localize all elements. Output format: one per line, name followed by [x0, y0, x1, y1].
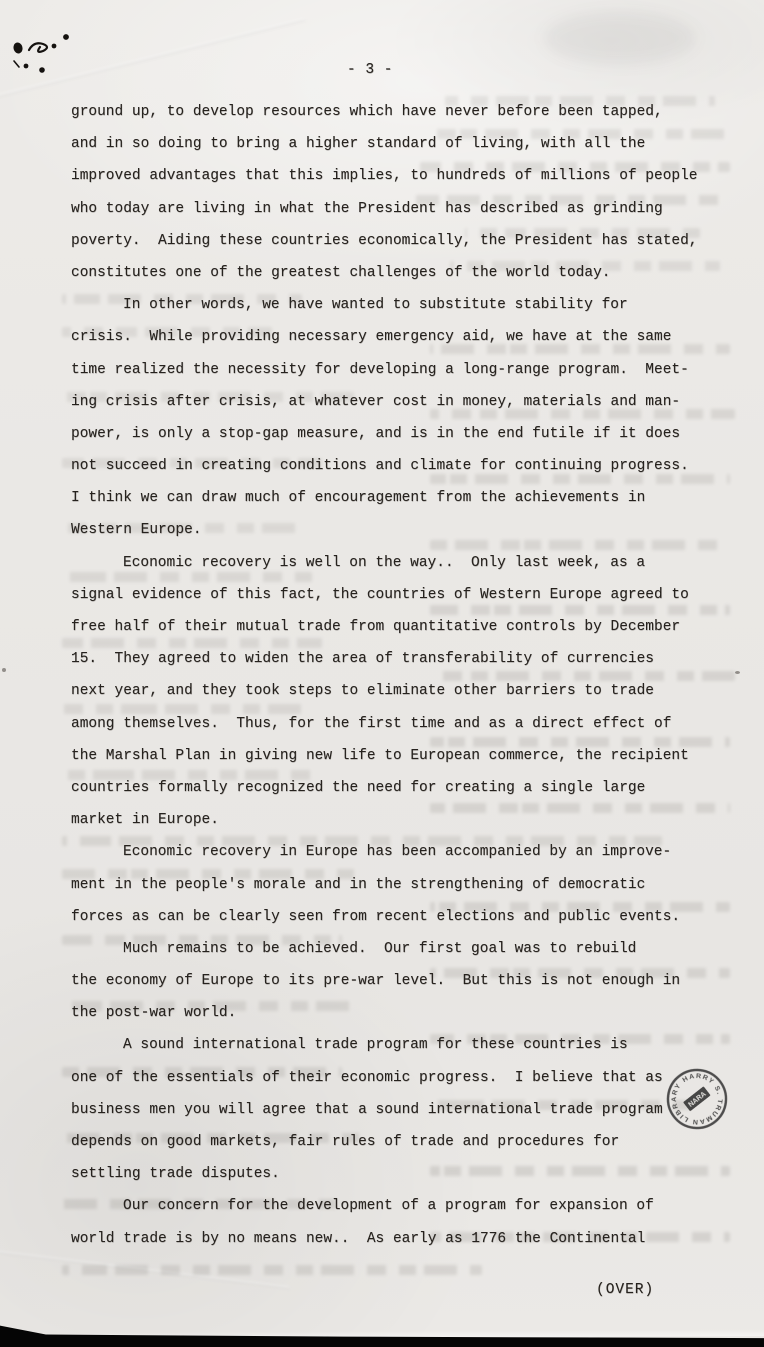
- text-line: market in Europe.: [71, 804, 721, 836]
- text-line: A sound international trade program for …: [71, 1029, 721, 1061]
- text-line: settling trade disputes.: [71, 1158, 721, 1190]
- text-line: ing crisis after crisis, at whatever cos…: [71, 386, 721, 418]
- text-line: Economic recovery in Europe has been acc…: [71, 836, 721, 868]
- text-line: poverty. Aiding these countries economic…: [71, 225, 721, 257]
- paper-speck: [2, 668, 6, 672]
- text-line: time realized the necessity for developi…: [71, 354, 721, 386]
- text-line: and in so doing to bring a higher standa…: [71, 128, 721, 160]
- text-line: one of the essentials of their economic …: [71, 1062, 721, 1094]
- text-line: improved advantages that this implies, t…: [71, 160, 721, 192]
- text-line: In other words, we have wanted to substi…: [71, 289, 721, 321]
- text-line: Economic recovery is well on the way.. O…: [71, 547, 721, 579]
- text-line: forces as can be clearly seen from recen…: [71, 901, 721, 933]
- text-line: next year, and they took steps to elimin…: [71, 675, 721, 707]
- text-line: depends on good markets, fair rules of t…: [71, 1126, 721, 1158]
- text-line: world trade is by no means new.. As earl…: [71, 1223, 721, 1255]
- text-line: countries formally recognized the need f…: [71, 772, 721, 804]
- text-line: the post-war world.: [71, 997, 721, 1029]
- text-line: the economy of Europe to its pre-war lev…: [71, 965, 721, 997]
- paper-smudge: [545, 12, 695, 64]
- text-line: power, is only a stop-gap measure, and i…: [71, 418, 721, 450]
- text-line: Our concern for the development of a pro…: [71, 1190, 721, 1222]
- over-note: (OVER): [596, 1282, 654, 1298]
- text-line: constitutes one of the greatest challeng…: [71, 257, 721, 289]
- text-line: ment in the people's morale and in the s…: [71, 869, 721, 901]
- text-line: the Marshal Plan in giving new life to E…: [71, 740, 721, 772]
- text-line: among themselves. Thus, for the first ti…: [71, 708, 721, 740]
- text-line: I think we can draw much of encouragemen…: [71, 482, 721, 514]
- text-line: business men you will agree that a sound…: [71, 1094, 721, 1126]
- text-line: not succeed in creating conditions and c…: [71, 450, 721, 482]
- text-line: free half of their mutual trade from qua…: [71, 611, 721, 643]
- text-line: who today are living in what the Preside…: [71, 193, 721, 225]
- text-line: signal evidence of this fact, the countr…: [71, 579, 721, 611]
- ink-scribble-marks: [5, 24, 105, 84]
- document-page: - 3 - ground up, to develop resources wh…: [0, 0, 764, 1347]
- document-body: ground up, to develop resources which ha…: [71, 96, 721, 1255]
- text-line: 15. They agreed to widen the area of tra…: [71, 643, 721, 675]
- text-line: crisis. While providing necessary emerge…: [71, 321, 721, 353]
- paper-speck: [735, 671, 740, 674]
- text-line: Much remains to be achieved. Our first g…: [71, 933, 721, 965]
- text-line: ground up, to develop resources which ha…: [71, 96, 721, 128]
- bleedthrough-row: [62, 1265, 482, 1275]
- text-line: Western Europe.: [71, 514, 721, 546]
- page-number: - 3 -: [347, 62, 393, 78]
